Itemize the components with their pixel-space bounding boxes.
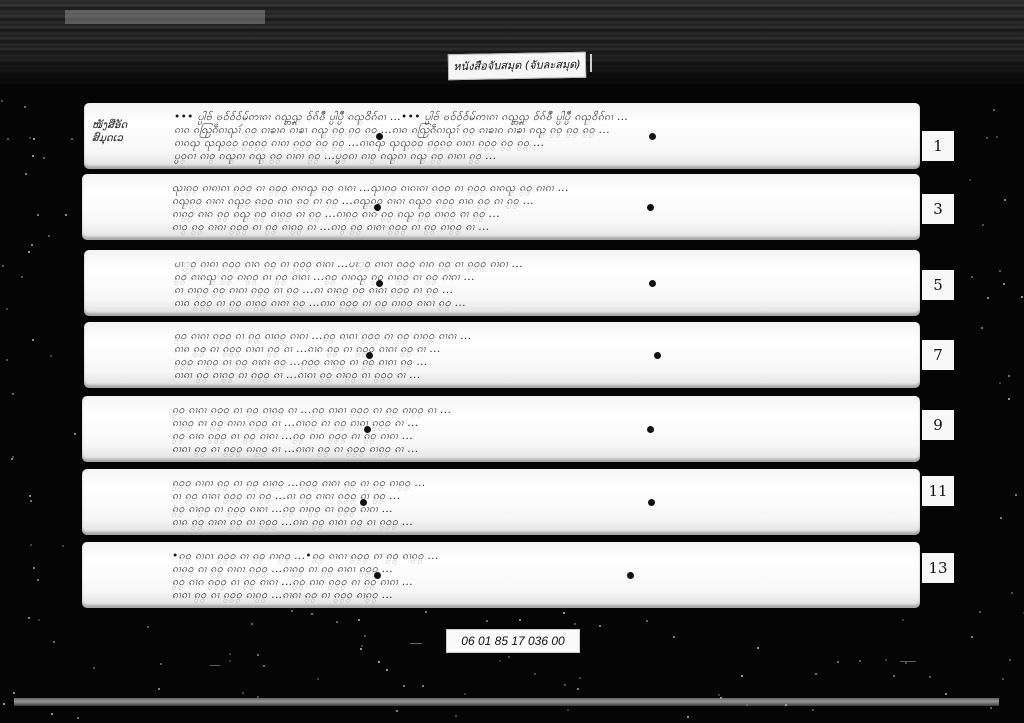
leaf-text-line: ၵၢၵၢ ၵ္ဝ္ ၵၢၵ္ဝ္ ၵၢ ၵ္ဝ္ဝ္ ၵၢ ...ၵၢၵၢ ၵ္… (84, 369, 920, 381)
leaf-text-line: ပၢ္ဝ္ ၵၢၵၢ ၵ္ဝ္ဝ္ ၵၢၵ ၵ္ဝ္ ၵၢ ၵ္ဝ္ဝ္ ၵၢၵ… (84, 258, 920, 270)
palm-leaf: ပၢ္ဝ္ ၵၢၵၢ ၵ္ဝ္ဝ္ ၵၢၵ ၵ္ဝ္ ၵၢ ၵ္ဝ္ဝ္ ၵၢၵ… (84, 250, 920, 316)
leaf-number-label: 7 (922, 340, 954, 370)
leaf-text-line: ၺၢၵ္ဝ္ ၵၢၵၢၵၢ ၵ္ဝ္ဝ္ ၵၢ ၵ္ဝ္ဝ္ ၵၢၵၺ္ ၵ္ဝ… (82, 182, 920, 194)
title-mark (590, 54, 592, 72)
archive-code-label: 06 01 85 17 036 00 (446, 629, 580, 653)
leaf-text-line: ၵ္ဝ္ ၵၢၵ္ဝ္ ၵၢ ၵ္ဝ္ဝ္ ၵၢၵၢ ...ၵ္ဝ္ ၵၢၵ္ဝ… (82, 503, 920, 515)
leaf-text-line: •ၵ္ဝ္ ၵၢၵၢ ၵ္ဝ္ဝ္ ၵၢ ၵ္ဝ္ ၵၢၵ္ဝ္ ...•ၵ္ဝ… (82, 550, 920, 562)
binding-hole (374, 572, 381, 579)
leaf-text-line: ၵၢၵ္ဝ္ ၵၢ ၵ္ဝ္ ၵၢၵၢ ၵ္ဝ္ဝ္ ...ၵၢၵ္ဝ္ ၵၢ … (82, 563, 920, 575)
leaf-number-label: 11 (922, 476, 954, 506)
palm-leaf: •ၵ္ဝ္ ၵၢၵၢ ၵ္ဝ္ဝ္ ၵၢ ၵ္ဝ္ ၵၢၵ္ဝ္ ...•ၵ္ဝ… (82, 542, 920, 608)
leaf-text-line: ၵ္ဝ္ ၵၢၵ ၵ္ဝ္ဝ္ ၵၢ ၵ္ဝ္ ၵၢၵၢ ...ၵ္ဝ္ ၵၢၵ… (82, 576, 920, 588)
leaf-text-line: ၵၢၵၢ ၵ္ဝ္ ၵၢ ၵ္ဝ္ဝ္ ၵၢၵ္ဝ္ ၵၢ ...ၵၢၵၢ ၵ္… (82, 443, 920, 455)
leaf-number-label: 3 (922, 194, 954, 224)
binding-hole (648, 499, 655, 506)
leaf-text-line: ၵၢၵ္ဝ္ ၵၢ ၵ္ဝ္ ၵၢၵၢ ၵ္ဝ္ဝ္ ၵၢ ...ၵၢၵ္ဝ္ … (82, 417, 920, 429)
palm-leaf: ၵ္ဝ္ ၵၢၵၢ ၵ္ဝ္ဝ္ ၵၢ ၵ္ဝ္ ၵၢၵ္ဝ္ ၵၢၵၢ ...… (84, 322, 920, 388)
palm-leaf: ၵ္ဝ္ ၵၢၵၢ ၵ္ဝ္ဝ္ ၵၢ ၵ္ဝ္ ၵၢၵ္ဝ္ ၵၢ ...ၵ္… (82, 396, 920, 462)
leaf-text-line: ၵၢၵ ၵ္ဝ္ ၵၢၵၢ ၵ္ဝ္ ၵၢ ၵ္ဝ္ဝ္ ...ၵၢၵ ၵ္ဝ္… (82, 516, 920, 528)
leaf-text-line: ၵၢၵ ၵ္ဝ္ဝ္ ၵၢ ၵ္ဝ္ ၵၢၵ္ဝ္ ၵၢၵၢ ၵ္ဝ္ ...ၵ… (84, 297, 920, 309)
leaf-text-line: ၵၢဝ္ ၵ္ဝ္ ၵၢၵၢ ၵ္ဝ္ဝ္ ၵၢ ၵ္ဝ္ ၵၢၵ္ဝ္ ၵၢ … (82, 221, 920, 233)
leaf-text-line: ၵၺ္ၵ္ဝ္ ၵၢၵၢ ၵၺ္ဝ္ ၵ္ဝ္ဝ္ ၵၢၵ ၵ္ဝ္ ၵၢ ၵ္… (82, 195, 920, 207)
leaf-text-line: ၵၢ ၵၢၵ္ဝ္ ၵ္ဝ္ ၵၢၵၢ ၵ္ဝ္ဝ္ ၵၢ ၵ္ဝ္ ...ၵၢ… (84, 284, 920, 296)
leaf-text-line: ၵၢၵ္ဝ္ ၵၢၵ ၵ္ဝ္ ၵၺ္ ၵ္ဝ္ ၵၢၵ္ဝ္ ၵၢ ၵ္ဝ္ … (82, 208, 920, 220)
binding-hole (364, 426, 371, 433)
binding-hole (360, 499, 367, 506)
leaf-text-line: ၵ္ဝ္ ၵၢၵၢ ၵ္ဝ္ဝ္ ၵၢ ၵ္ဝ္ ၵၢၵ္ဝ္ ၵၢၵၢ ...… (84, 330, 920, 342)
manuscript-title-label: หนังสือจับสมุด (จับละสมุด) (448, 52, 586, 80)
leaf-text-line: ••• ပ္ပါဗ် ၓဝ်ဝ်ဝ်မ်ဢၢၵၢ ၵၺ္ဘၞၺ္ ဝ်ၵ်ၓဳ … (84, 111, 920, 123)
binding-hole (649, 280, 656, 287)
binding-hole (627, 572, 634, 579)
leaf-number-label: 5 (922, 270, 954, 300)
leaf-number-label: 1 (922, 131, 954, 161)
binding-hole (647, 204, 654, 211)
binding-hole (374, 204, 381, 211)
leaf-text-line: ၵၢၵ ၵၺ္ၵြဵၵၢၺၢဴ ၵ္ဝ္ ၵၢၶၢၵ ၵၢၶၢ ၵၺ္ ၵ္ဝ္… (84, 124, 920, 136)
palm-leaf: ၺၢၵ္ဝ္ ၵၢၵၢၵၢ ၵ္ဝ္ဝ္ ၵၢ ၵ္ဝ္ဝ္ ၵၢၵၺ္ ၵ္ဝ… (82, 174, 920, 240)
leaf-text-line: ၵၢ ၵ္ဝ္ ၵၢၵၢ ၵ္ဝ္ဝ္ ၵၢ ၵ္ဝ္ ...ၵၢ ၵ္ဝ္ ၵ… (82, 490, 920, 502)
leaf-text-line: ၵ္ဝ္ ၵၢၵ ၵ္ဝ္ဝ္ ၵၢ ၵ္ဝ္ ၵၢၵၢ ...ၵ္ဝ္ ၵၢၵ… (82, 430, 920, 442)
binding-hole (366, 352, 373, 359)
leaf-text-line: ပ္ပဝ္ၵၢ ၵၢဝ္ ၵၺ္ၵၢ ၵၺ္ ၵ္ဝ္ ၵၢၵၢ ၵ္ဝ္ ..… (84, 150, 920, 162)
scan-bottom-rod (14, 698, 999, 706)
binding-hole (376, 133, 383, 140)
leaf-text-line: ၵ္ဝ္ဝ္ ၵၢၵၢ ၵ္ဝ္ ၵၢ ၵ္ဝ္ ၵၢၵ္ဝ္ ...ၵ္ဝ္ဝ… (82, 477, 920, 489)
leaf-text-line: ၵ္ဝ္ ၵၢၵၺ္ ၵ္ဝ္ ၵၢၵ္ဝ္ ၵၢ ၵ္ဝ္ ၵၢၵၢ ...ၵ… (84, 271, 920, 283)
binding-hole (649, 133, 656, 140)
palm-leaf: ၵ္ဝ္ဝ္ ၵၢၵၢ ၵ္ဝ္ ၵၢ ၵ္ဝ္ ၵၢၵ္ဝ္ ...ၵ္ဝ္ဝ… (82, 469, 920, 535)
palm-leaf: ໜັງສືອັດ ສົມຸດເວ••• ပ္ပါဗ် ၓဝ်ဝ်ဝ်မ်ဢၢၵၢ… (84, 103, 920, 169)
leaf-text-line: ၵၢၵၢ ၵ္ဝ္ ၵၢ ၵ္ဝ္ဝ္ ၵၢၵ္ဝ္ ...ၵၢၵၢ ၵ္ဝ္ … (82, 589, 920, 601)
leaf-text-line: ၵ္ဝ္ ၵၢၵၢ ၵ္ဝ္ဝ္ ၵၢ ၵ္ဝ္ ၵၢၵ္ဝ္ ၵၢ ...ၵ္… (82, 404, 920, 416)
leaf-text-line: ၵၢၵ ၵ္ဝ္ ၵၢ ၵ္ဝ္ဝ္ ၵၢၵၢ ၵ္ဝ္ ၵၢ ...ၵၢၵ ၵ… (84, 343, 920, 355)
scan-artifact (65, 10, 265, 24)
binding-hole (654, 352, 661, 359)
leaf-number-label: 9 (922, 410, 954, 440)
binding-hole (376, 280, 383, 287)
leaf-number-label: 13 (922, 553, 954, 583)
binding-hole (647, 426, 654, 433)
leaf-text-line: ၵ္ဝ္ဝ္ ၵၢၵ္ဝ္ ၵၢ ၵ္ဝ္ ၵၢၵၢ ၵ္ဝ္ ...ၵ္ဝ္ဝ… (84, 356, 920, 368)
leaf-text-line: ၵၢၵၺ ၺၺ္ဝ္ဝ္ ၵ္ဝ္ၵ္ဝ္ ၵၢၵၢ ၵ္ဝ္ဝ္ ၵ္ဝ္ ၵ… (84, 137, 920, 149)
